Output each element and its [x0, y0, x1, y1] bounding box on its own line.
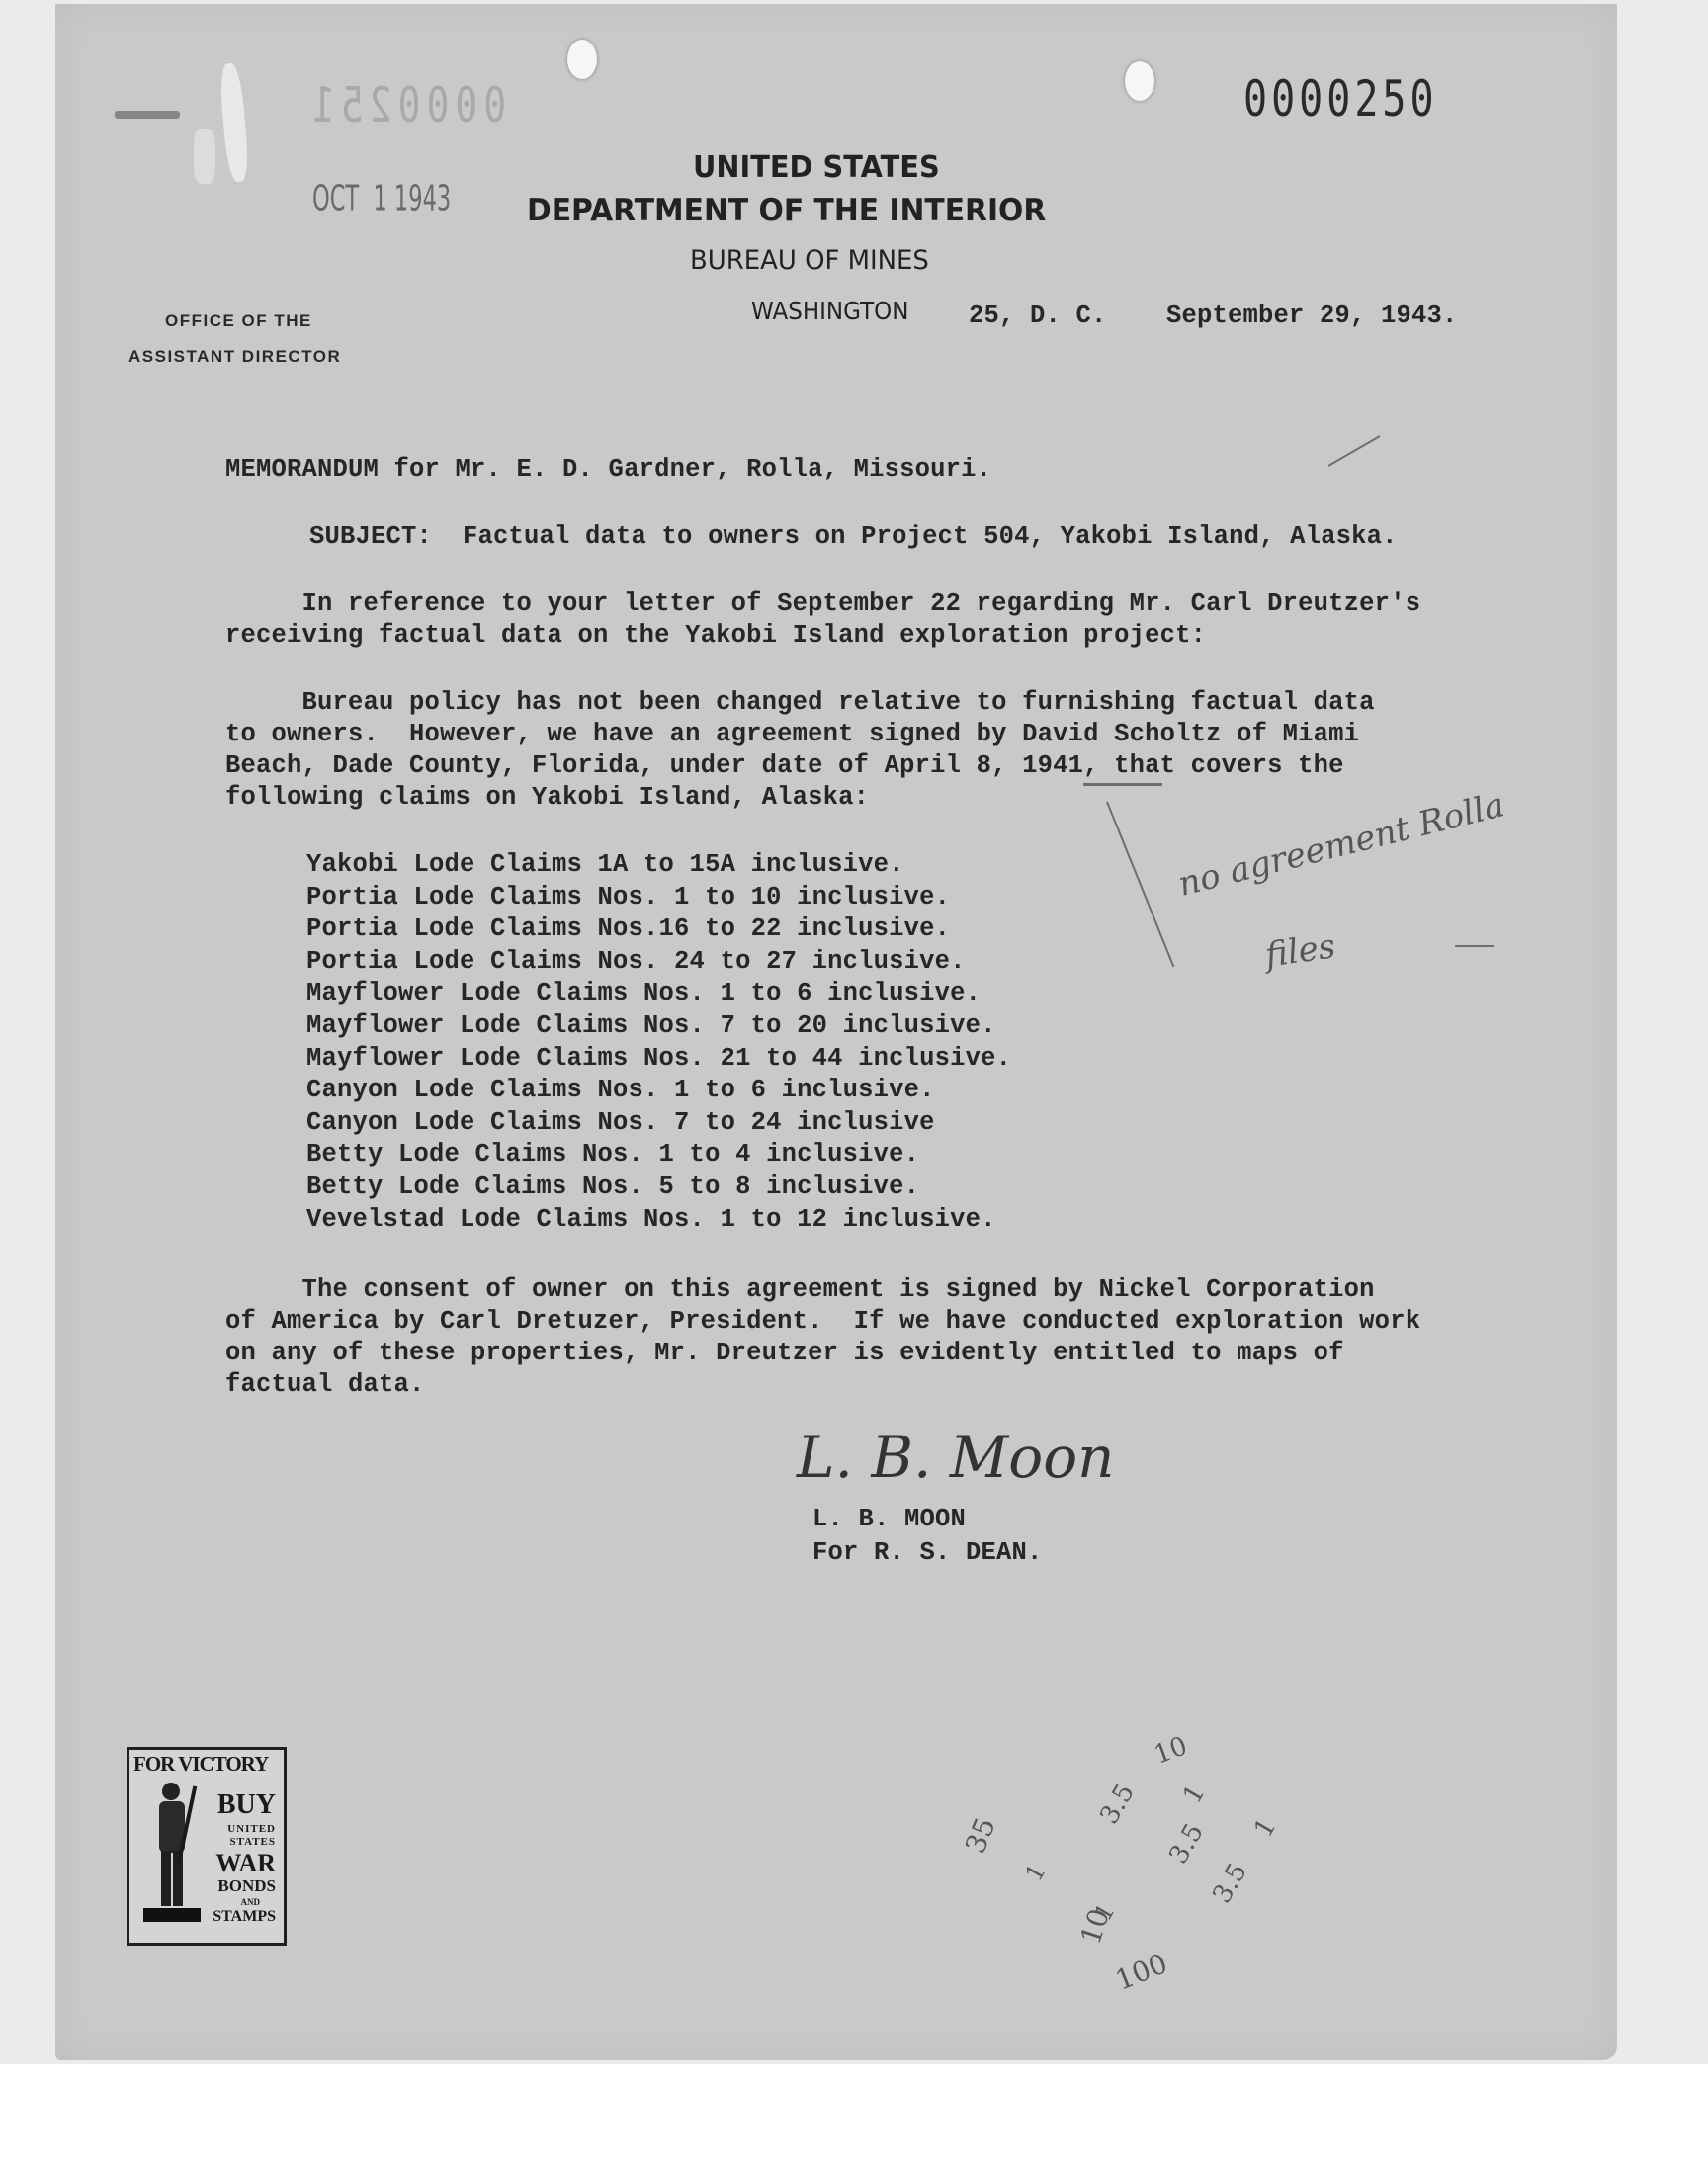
claim-item: Portia Lode Claims Nos. 24 to 27 inclusi… [306, 947, 966, 976]
minuteman-figure-icon [143, 1778, 201, 1926]
paragraph-3-line-3: on any of these properties, Mr. Dreutzer… [225, 1339, 1344, 1367]
poster-line-buy: BUY [217, 1789, 276, 1821]
signer-for: For R. S. DEAN. [812, 1538, 1043, 1567]
paragraph-2-line-4: following claims on Yakobi Island, Alask… [225, 783, 869, 812]
paragraph-3-line-4: factual data. [225, 1370, 425, 1399]
poster-line-war: WAR [215, 1849, 276, 1878]
claim-item: Betty Lode Claims Nos. 5 to 8 inclusive. [306, 1173, 919, 1201]
archive-number: 0000250 [1243, 71, 1438, 129]
poster-title: FOR VICTORY [133, 1752, 268, 1777]
paragraph-2-line-1: Bureau policy has not been changed relat… [225, 688, 1375, 717]
paragraph-1-line-2: receiving factual data on the Yakobi Isl… [225, 621, 1206, 650]
pencil-stray-mark [1455, 945, 1494, 947]
punch-hole-left [567, 40, 597, 79]
claim-item: Mayflower Lode Claims Nos. 1 to 6 inclus… [306, 979, 981, 1007]
claim-item: Canyon Lode Claims Nos. 1 to 6 inclusive… [306, 1076, 935, 1104]
claim-item: Mayflower Lode Claims Nos. 21 to 44 incl… [306, 1044, 1011, 1073]
letterhead-bureau: BUREAU OF MINES [690, 245, 929, 276]
paragraph-3-line-2: of America by Carl Dretuzer, President. … [225, 1307, 1420, 1336]
ink-smudge [115, 111, 180, 119]
poster-line-united: UNITED [227, 1823, 276, 1835]
paragraph-2-line-3: Beach, Dade County, Florida, under date … [225, 751, 1344, 780]
letterhead-location-suffix: 25, D. C. [969, 302, 1107, 330]
signer-name: L. B. MOON [812, 1505, 966, 1533]
claim-item: Portia Lode Claims Nos. 1 to 10 inclusiv… [306, 883, 950, 912]
paragraph-2-line-2: to owners. However, we have an agreement… [225, 720, 1359, 748]
claim-item: Yakobi Lode Claims 1A to 15A inclusive. [306, 850, 904, 879]
pencil-underline-1941 [1083, 783, 1162, 786]
claim-item: Canyon Lode Claims Nos. 7 to 24 inclusiv… [306, 1108, 935, 1137]
memo-date: September 29, 1943. [1166, 302, 1458, 330]
office-line-2: ASSISTANT DIRECTOR [128, 347, 341, 367]
letterhead-united-states: UNITED STATES [693, 150, 940, 185]
claims-list: Yakobi Lode Claims 1A to 15A inclusive. … [306, 850, 1097, 1246]
poster-line-bonds: BONDS [217, 1876, 276, 1896]
handwritten-signature: L. B. Moon [797, 1424, 1114, 1491]
claim-item: Portia Lode Claims Nos.16 to 22 inclusiv… [306, 914, 950, 943]
claim-item: Betty Lode Claims Nos. 1 to 4 inclusive. [306, 1140, 919, 1169]
poster-line-stamps: STAMPS [213, 1908, 276, 1926]
paper-tear [218, 62, 250, 182]
memo-addressee: MEMORANDUM for Mr. E. D. Gardner, Rolla,… [225, 455, 991, 483]
letterhead-department: DEPARTMENT OF THE INTERIOR [527, 193, 1046, 228]
claim-item: Mayflower Lode Claims Nos. 7 to 20 inclu… [306, 1011, 996, 1040]
punch-hole-right [1125, 61, 1154, 101]
claim-item: Vevelstad Lode Claims Nos. 1 to 12 inclu… [306, 1205, 996, 1234]
received-date-stamp: OCT 1 1943 [312, 178, 451, 219]
office-line-1: OFFICE OF THE [165, 311, 312, 331]
paper-tear-small [194, 129, 215, 184]
war-bonds-poster: FOR VICTORY BUY UNITED STATES WAR BONDS … [127, 1747, 287, 1946]
bleed-through-number: 0000251 [306, 76, 506, 132]
letterhead-location: WASHINGTON [751, 297, 908, 325]
paragraph-1-line-1: In reference to your letter of September… [225, 589, 1420, 618]
poster-line-states: STATES [229, 1836, 276, 1848]
paragraph-3-line-1: The consent of owner on this agreement i… [225, 1275, 1375, 1304]
memo-subject: SUBJECT: Factual data to owners on Proje… [309, 522, 1398, 551]
poster-line-and: AND [241, 1897, 261, 1907]
